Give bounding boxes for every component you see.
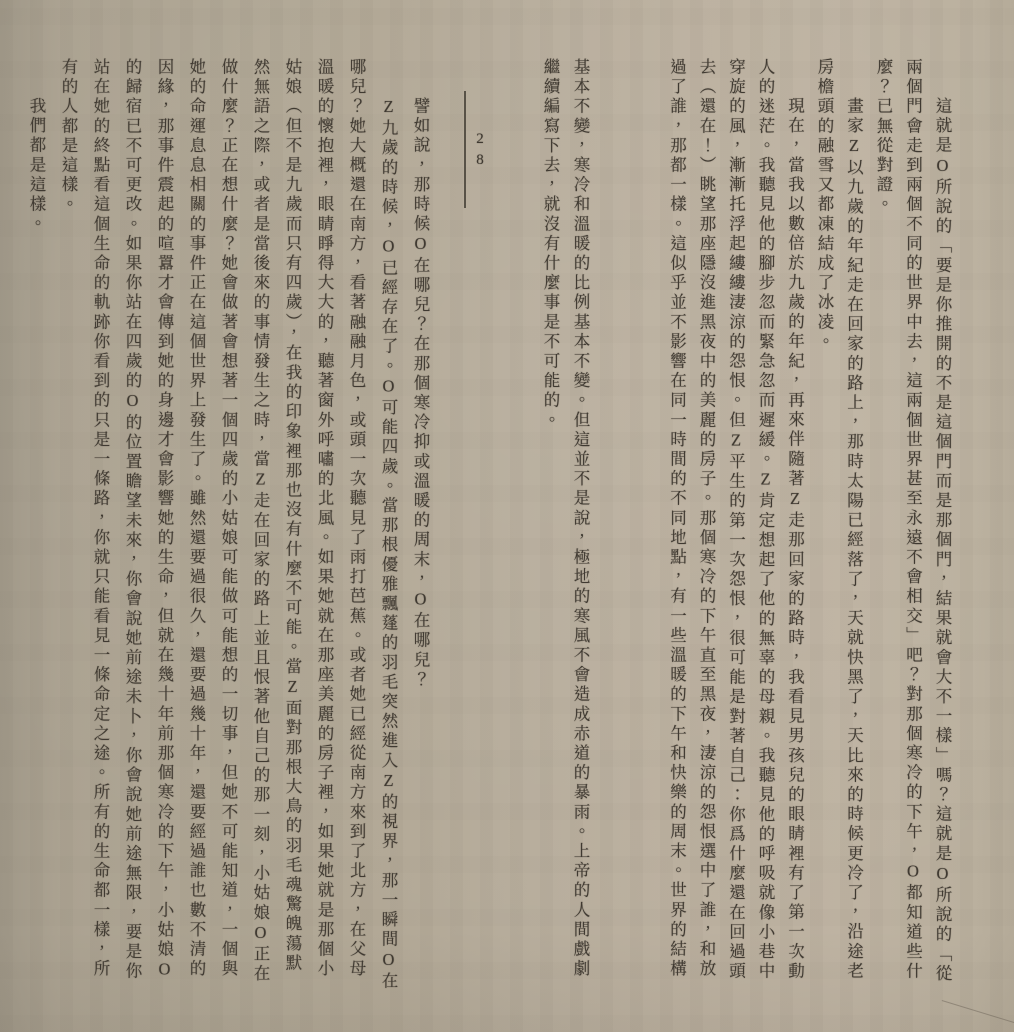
text-column: 因緣，那事件震起的喧囂才會傳到她的身邊才會影響她的生命，但就在幾十年前那個寒冷的… [154, 58, 174, 982]
text-column: 人的迷茫。我聽見他的腳步忽而緊急忽而遲緩。Z肯定想起了他的無辜的母親。我聽見他的… [755, 58, 775, 982]
text-column: 溫暖的懷抱裡，眼睛睜得大大的，聽著窗外呼嘯的北風。如果她就在那座美麗的房子裡，如… [314, 58, 334, 979]
text-column: 過了誰，那都一樣。這似乎並不影響在同一時間的不同地點，有一些溫暖的下午和快樂的周… [667, 58, 687, 979]
text-column: 穿旋的風，漸漸托浮起縷縷淒涼的怨恨。但Z平生的第一次怨恨，很可能是對著自己：你爲… [726, 58, 746, 982]
text-column: 繼續編寫下去，就沒有什麼事是不可能的。 [540, 58, 560, 430]
section-divider-rule [464, 91, 466, 208]
text-column: 站在她的終點看這個生命的軌跡你看到的只是一條路，你就只能看見一條命定之途。所有的… [90, 58, 110, 979]
scan-scratch-mark [942, 1000, 1014, 1029]
text-column: 基本不變，寒冷和溫暖的比例基本不變。但這並不是說，極地的寒風不會造成赤道的暴雨。… [570, 58, 590, 979]
text-column: 她的命運息息相關的事件正在這個世界上發生了。雖然還要過很久，還要過幾十年，還要經… [186, 58, 206, 979]
text-column: 做什麼？正在想什麼？她會做著會想著一個四歲的小姑娘可能做可能想的一切事，但她不可… [218, 58, 238, 979]
text-column: 這就是O所說的「要是你推開的不是這個門而是那個門，結果就會大不一樣」嗎？這就是O… [932, 58, 952, 984]
text-column: 有的人都是這樣。 [58, 58, 78, 215]
text-column: 譬如說，那時候O在哪兒？在那個寒冷抑或溫暖的周末，O在哪兒？ [410, 58, 430, 690]
text-column: 我們都是這樣。 [26, 58, 46, 234]
text-column: 然無語之際，或者是當後來的事情發生之時，當Z走在回家的路上並且恨著他自己的那一刻… [250, 58, 270, 984]
text-column: 麼？已無從對證。 [873, 58, 893, 215]
text-column: 姑娘（但不是九歲而只有四歲），在我的印象裡那也沒有什麼不可能。當Z面對那根大鳥的… [282, 58, 302, 973]
text-column: 去（還在！）眺望那座隱沒進黑夜中的美麗的房子。那個寒冷的下午直至黑夜，淒涼的怨恨… [696, 58, 716, 979]
text-column: 哪兒？她大概還在南方，看著融融月色，或頭一次聽見了雨打芭蕉。或者她已經從南方來到… [346, 58, 366, 979]
text-column: Z九歲的時候，O已經存在了。O可能四歲。當那根優雅飄蓬的羽毛突然進入Z的視界，那… [378, 58, 398, 992]
text-column: 房檐頭的融雪又都凍結成了冰凌。 [814, 58, 834, 352]
section-number: 28 [471, 131, 488, 173]
text-column: 畫家Z以九歲的年紀走在回家的路上，那時太陽已經落了，天就快黑了，天比來的時候更冷… [844, 58, 864, 982]
text-column: 兩個門會走到兩個不同的世界中去，這兩個世界甚至永遠不會相交」吧？對那個寒冷的下午… [903, 58, 923, 982]
text-column: 的歸宿已不可更改。如果你站在四歲的O的位置瞻望未來，你會說她前途未卜，你會說她前… [122, 58, 142, 982]
text-column: 現在，當我以數倍於九歲的年紀，再來伴隨著Z走那回家的路時，我看見男孩兒的眼睛裡有… [785, 58, 805, 982]
book-spread: 這就是O所說的「要是你推開的不是這個門而是那個門，結果就會大不一樣」嗎？這就是O… [0, 0, 1014, 1032]
